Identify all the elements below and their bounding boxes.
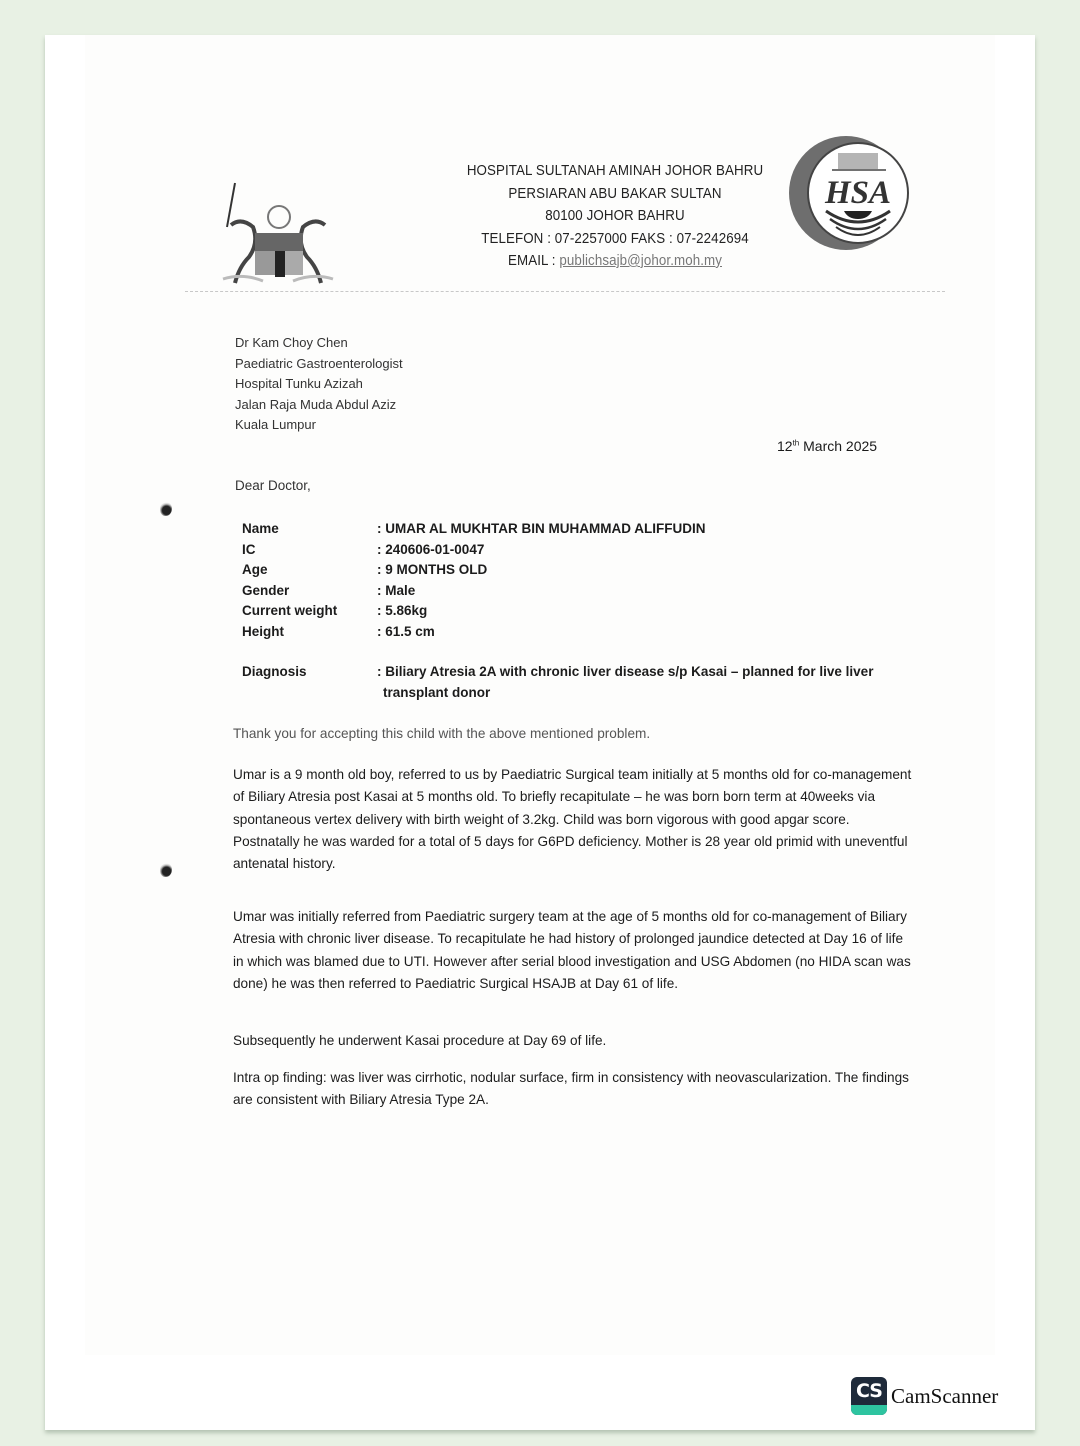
patient-row-height: Height: 61.5 cm	[242, 622, 922, 643]
hsa-logo-icon: HSA	[780, 135, 915, 255]
recipient-address: Dr Kam Choy Chen Paediatric Gastroentero…	[235, 333, 403, 436]
patient-details: Name: UMAR AL MUKHTAR BIN MUHAMMAD ALIFF…	[242, 519, 922, 703]
body-paragraph-referral: Umar was initially referred from Paediat…	[233, 906, 913, 995]
email-label: EMAIL :	[508, 253, 559, 269]
letter-date: 12th March 2025	[777, 438, 877, 454]
email-link[interactable]: publichsajb@johor.moh.my	[559, 253, 722, 269]
camscanner-watermark: CS CamScanner	[851, 1377, 998, 1415]
scanned-page: HOSPITAL SULTANAH AMINAH JOHOR BAHRU PER…	[45, 35, 1035, 1430]
recipient-title: Paediatric Gastroenterologist	[235, 354, 403, 375]
recipient-city: Kuala Lumpur	[235, 415, 403, 436]
hole-punch-mark	[160, 863, 172, 877]
camscanner-label: CamScanner	[891, 1384, 998, 1409]
patient-row-ic: IC: 240606-01-0047	[242, 540, 922, 561]
patient-row-name: Name: UMAR AL MUKHTAR BIN MUHAMMAD ALIFF…	[242, 519, 922, 540]
camscanner-logo-icon: CS	[851, 1377, 887, 1415]
recipient-street: Jalan Raja Muda Abdul Aziz	[235, 395, 403, 416]
salutation: Dear Doctor,	[235, 478, 311, 493]
patient-row-weight: Current weight: 5.86kg	[242, 601, 922, 622]
body-paragraph-kasai: Subsequently he underwent Kasai procedur…	[233, 1030, 913, 1052]
spacer	[242, 642, 922, 662]
patient-row-diagnosis: Diagnosis: Biliary Atresia 2A with chron…	[242, 662, 922, 703]
patient-row-gender: Gender: Male	[242, 581, 922, 602]
hole-punch-mark	[160, 502, 172, 516]
recipient-name: Dr Kam Choy Chen	[235, 333, 403, 354]
body-paragraph-history: Umar is a 9 month old boy, referred to u…	[233, 764, 913, 875]
body-paragraph-thanks: Thank you for accepting this child with …	[233, 723, 913, 745]
body-paragraph-findings: Intra op finding: was liver was cirrhoti…	[233, 1067, 913, 1112]
letterhead-divider	[185, 291, 945, 292]
svg-text:HSA: HSA	[824, 175, 891, 211]
patient-row-age: Age: 9 MONTHS OLD	[242, 560, 922, 581]
recipient-hospital: Hospital Tunku Azizah	[235, 374, 403, 395]
scanned-photo: HOSPITAL SULTANAH AMINAH JOHOR BAHRU PER…	[85, 35, 995, 1355]
